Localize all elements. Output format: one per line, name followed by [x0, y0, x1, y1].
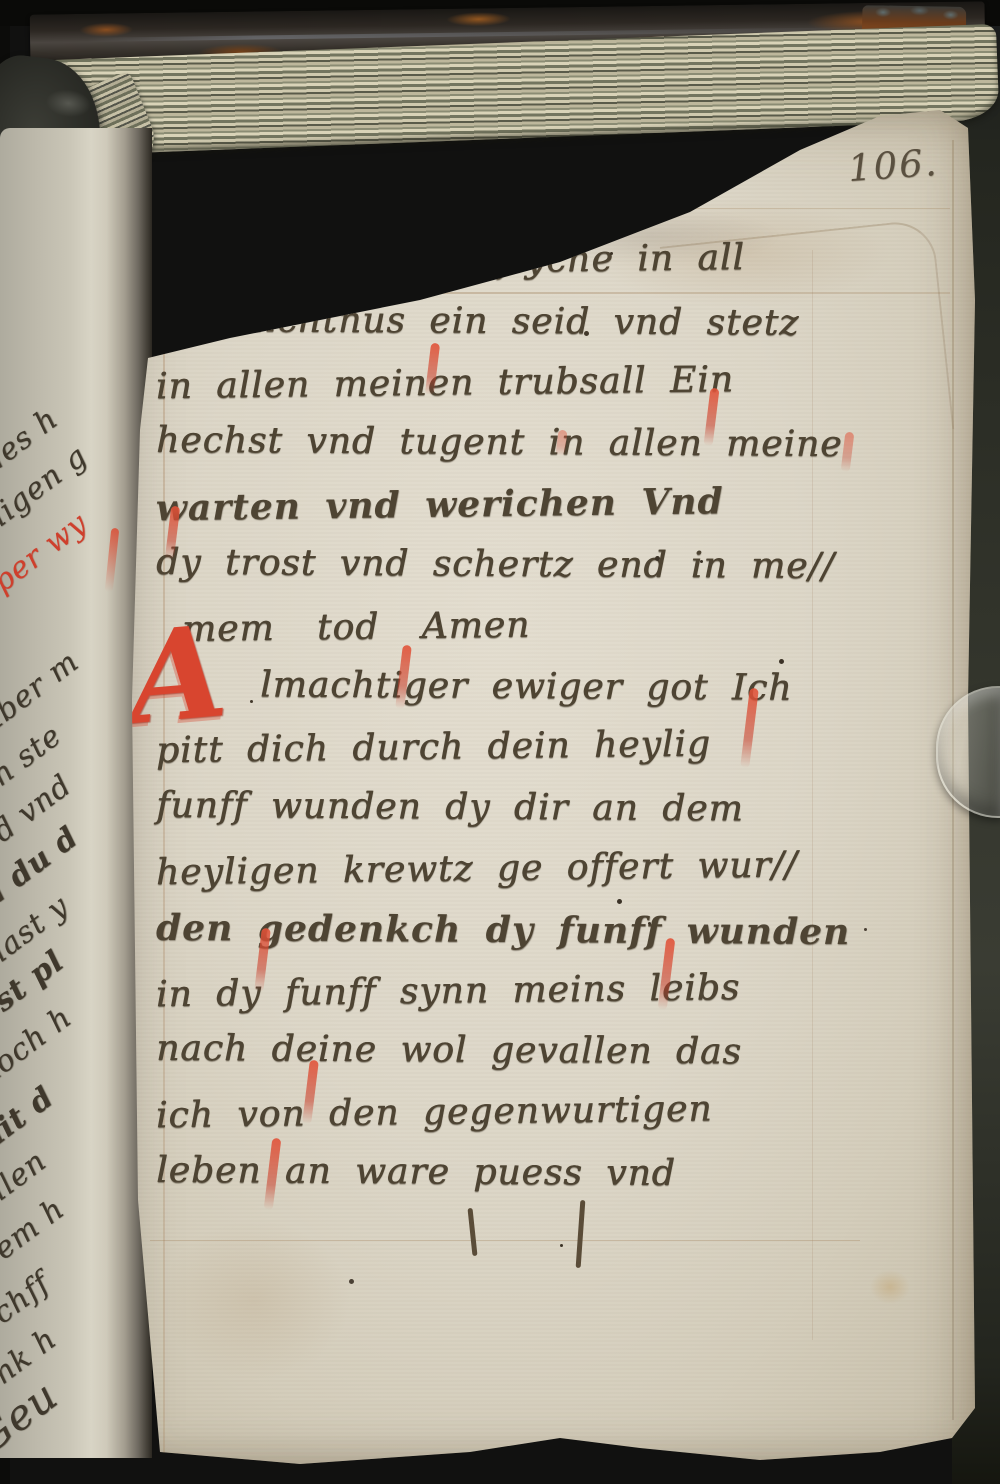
manuscript-photo: des h óligen g eper wy uber m on ste od … — [0, 0, 1000, 1484]
rubricated-initial: A — [123, 608, 231, 742]
manuscript-page: 106. Ein hail vnd zueflyche in all verha… — [90, 100, 976, 1472]
text-line: ich von den gegenwurtigen — [156, 1087, 857, 1156]
text-line: hechst vnd tugent in allen meine — [156, 420, 856, 485]
descender-stroke — [468, 1208, 478, 1256]
red-ink-smudge — [497, 220, 509, 260]
text-line: dy trost vnd schertz end in me// — [156, 542, 856, 607]
text-line: heyligen krewtz ge offert wur// — [156, 844, 857, 913]
ruling-line-horizontal — [560, 208, 950, 209]
text-line: Ein hail vnd zueflyche in all — [156, 236, 857, 305]
facing-page: des h óligen g eper wy uber m on ste od … — [0, 128, 152, 1458]
text-line: mem tod Amen — [156, 601, 857, 670]
rubric-stroke — [105, 528, 120, 592]
text-line: nach deine wol gevallen das — [156, 1028, 856, 1093]
folio-number: 106. — [847, 141, 940, 190]
text-line: leben an ware puess vnd — [156, 1150, 856, 1215]
foxing-spot — [870, 1270, 910, 1304]
text-line: warten vnd werichen Vnd — [156, 479, 857, 548]
ruling-line-horizontal — [150, 1240, 860, 1241]
parchment-stain — [160, 1220, 350, 1380]
text-line: verhaichtnus ein seid vnd stetz — [156, 299, 856, 364]
text-line: in allen meinen trubsall Ein — [156, 357, 857, 426]
text-line: funff wunden dy dir an dem — [156, 785, 856, 850]
